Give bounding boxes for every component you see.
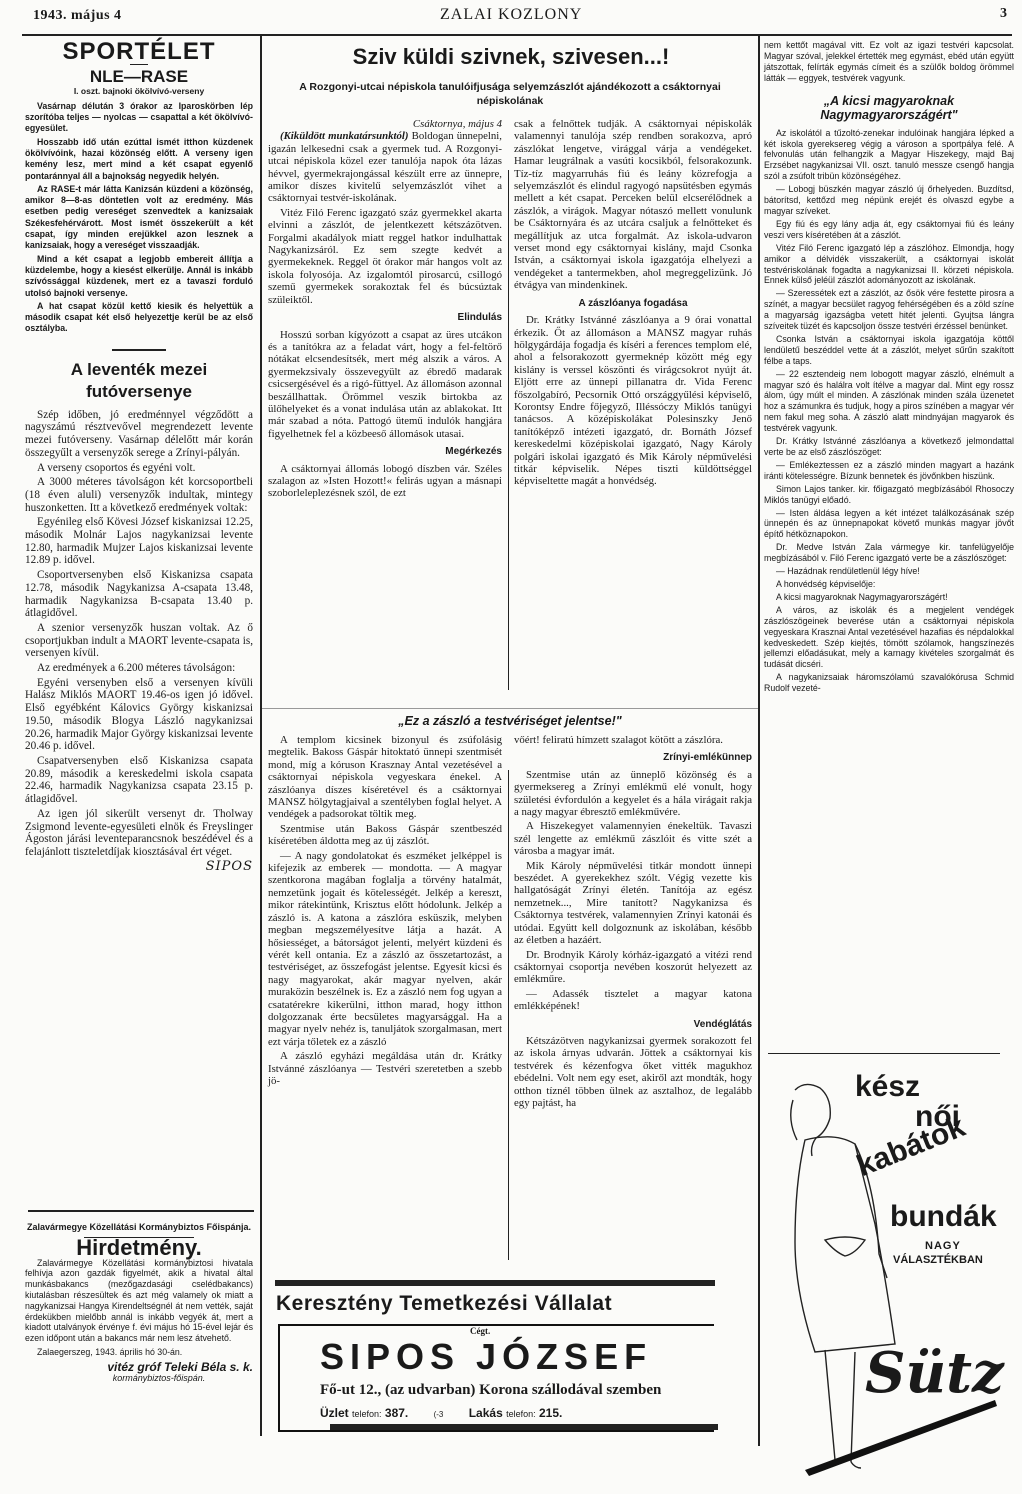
paragraph: Csapatversenyben első Kiskanizsa csapata…: [25, 755, 253, 806]
column-rule-2b: [508, 770, 509, 1260]
column-rule-2a: [508, 170, 509, 690]
author-signature: SIPOS: [25, 861, 253, 873]
paragraph: A hat csapat közül kettő kiesik és helye…: [25, 301, 253, 335]
masthead-rule: [22, 34, 1012, 36]
paragraph: Csonka István a csáktornyai iskola igazg…: [764, 334, 1014, 367]
paragraph: Dr. Medve István Zala vármegye kir. tanf…: [764, 542, 1014, 564]
feature-headline: Sziv küldi szivnek, szivesen...!: [268, 44, 754, 70]
paragraph: — Hazádnak rendületlenül légy híve!: [764, 566, 1014, 577]
paragraph: Szentmise után Bakoss Gáspár szentbeszéd…: [268, 823, 502, 848]
paragraph: — Isten áldása legyen a két intézet talá…: [764, 508, 1014, 541]
home-phone-number: 215.: [539, 1406, 562, 1420]
paragraph: A szenior versenyzők huszan voltak. Az ő…: [25, 622, 253, 660]
paragraph: A Hiszekegyet valamennyien énekeltük. Ta…: [514, 820, 752, 857]
paragraph: Az RASE-t már látta Kanizsán küzdeni a k…: [25, 184, 253, 252]
feature-column-2: csak a felnőttek tudják. A csáktornyai n…: [514, 118, 752, 488]
paragraph: Egy fiú és egy lány adja át, egy csáktor…: [764, 219, 1014, 241]
dateline: Csáktornya, május 4: [268, 118, 502, 130]
notice-body: Zalavármegye Közellátási kormánybiztosi …: [25, 1258, 253, 1344]
paragraph: Vitéz Filó Ferenc igazgató lép a zászlóh…: [764, 243, 1014, 287]
ad-text-kesz: kész: [855, 1070, 920, 1104]
page-number: 3: [1000, 6, 1007, 22]
ad-text-bundak: bundák: [890, 1200, 997, 1234]
newspaper-title: ZALAI KOZLONY: [440, 6, 582, 24]
article-subtitle: I. oszt. bajnoki ökölvívó-verseny: [25, 86, 253, 98]
paragraph: Az iskolától a tűzoltó-zenekar indulóina…: [764, 128, 1014, 183]
paragraph: A verseny csoportos és egyéni volt.: [25, 462, 253, 475]
notice-top-rule: [28, 1210, 254, 1212]
ad-company-name: Keresztény Temetkezési Vállalat: [276, 1292, 716, 1316]
paragraph: Hosszabb idő után ezúttal ismét itthon k…: [25, 137, 253, 182]
ad-top-bar: [275, 1280, 715, 1286]
ad-phones: Üzlet telefon: 387. (-3 Lakás telefon: 2…: [320, 1406, 720, 1420]
ad-text-valasztekban: VÁLASZTÉKBAN: [893, 1254, 983, 1266]
article-title: A leventék mezei futóversenye: [25, 359, 253, 403]
paragraph: — Emlékeztessen ez a zászló minden magya…: [764, 460, 1014, 482]
feature-column-2b: vőért! feliratú hímzett szalagot kötött …: [514, 734, 752, 1109]
article-title: NLE—RASE: [25, 71, 253, 83]
byline: (Kiküldött munkatársunktól): [280, 130, 409, 142]
paragraph: — Lobogj büszkén magyar zászló új őrhely…: [764, 184, 1014, 217]
paragraph: A 3000 méteres távolságon két korcsoport…: [25, 476, 253, 514]
issue-date: 1943. május 4: [33, 8, 122, 24]
paragraph: — Szeressétek ezt a zászlót, az ősök vér…: [764, 288, 1014, 332]
paragraph: Dr. Krátky Istvánné zászlóanya a követke…: [764, 436, 1014, 458]
feature-subheadline: A Rozgonyi-utcai népiskola tanulóifjuság…: [290, 80, 730, 108]
ad-text-nagy: NAGY: [925, 1240, 961, 1252]
paragraph: A templom kicsinek bizonyul és zsúfolási…: [268, 734, 502, 821]
paragraph: Mind a két csapat a legjobb embereit áll…: [25, 254, 253, 299]
paragraph: Szép időben, jó eredménnyel végződött a …: [25, 409, 253, 460]
section-title: SPORTÉLET: [25, 46, 253, 58]
phone-word: telefon:: [506, 1409, 536, 1419]
fashion-ad: kész női kabátok bundák NAGY VÁLASZTÉKBA…: [765, 1060, 1015, 1480]
ad-label: Cégt.: [470, 1326, 490, 1336]
paragraph: Dr. Brodnyik Károly kórház-igazgató a vi…: [514, 949, 752, 986]
paragraph: Csoportversenyben első Kiskanizsa csapat…: [25, 569, 253, 620]
feature-column-1: Csáktornya, május 4 (Kiküldött munkatárs…: [268, 118, 502, 500]
subhead-kicsi: „A kicsi magyaroknak Nagymagyarországért…: [764, 94, 1014, 122]
column-rule-1: [260, 36, 262, 1436]
paragraph: A nagykanizsaiak háromszólamú szavalókór…: [764, 672, 1014, 694]
paragraph: Mik Károly népművelési titkár mondott ün…: [514, 860, 752, 947]
feature-column-1b: A templom kicsinek bizonyul és zsúfolási…: [268, 734, 502, 1087]
paragraph: A zászló egyházi megáldása után dr. Krát…: [268, 1050, 502, 1087]
sport-column: SPORTÉLET NLE—RASE I. oszt. bajnoki ököl…: [25, 40, 253, 872]
paragraph: — Adassék tisztelet a magyar katona emlé…: [514, 988, 752, 1013]
paragraph: Kétszázötven nagykanizsai gyermek sorako…: [514, 1035, 752, 1109]
paragraph: Hosszú sorban kígyózott a csapat az üres…: [268, 329, 502, 441]
paragraph: A honvédség képviselője:: [764, 579, 1014, 590]
column-rule-3: [758, 36, 760, 1446]
subhead-elindulas: Elindulás: [268, 312, 502, 324]
ad-address: Fő-ut 12., (az udvarban) Korona szállodá…: [320, 1382, 720, 1399]
paragraph: Az eredmények a 6.200 méteres távolságon…: [25, 662, 253, 675]
paragraph: Egyénileg első Kövesi József kiskanizsai…: [25, 516, 253, 567]
notice-place-date: Zalaegerszeg, 1943. április hó 30-án.: [25, 1347, 253, 1358]
paragraph: csak a felnőttek tudják. A csáktornyai n…: [514, 118, 752, 292]
paragraph: Vasárnap délután 3 órakor az Iparoskörbe…: [25, 101, 253, 135]
banner-headline: „Ez a zászló a testvériséget jelentse!": [262, 714, 758, 728]
woman-in-coat-illustration: [765, 1060, 1015, 1480]
subhead-zaszloanya: A zászlóanya fogadása: [514, 298, 752, 310]
subhead-megerkezes: Megérkezés: [268, 446, 502, 458]
paragraph: — 22 esztendeig nem lobogott magyar zász…: [764, 369, 1014, 434]
subhead-vendeglatas: Vendéglátás: [514, 1019, 752, 1031]
notice-signer-title: kormánybiztos-főispán.: [25, 1373, 253, 1385]
subhead-zrinyi: Zrínyi-emlékünnep: [514, 752, 752, 764]
ad-ref: (-3: [434, 1410, 444, 1419]
paragraph: Szentmise után az ünneplő közönség és a …: [514, 769, 752, 819]
divider: [112, 349, 166, 351]
shop-phone-number: 387.: [385, 1406, 408, 1420]
paragraph: Vitéz Filó Ferenc igazgató száz gyermekk…: [268, 207, 502, 306]
ad-bottom-bar: [330, 1424, 718, 1430]
paragraph: vőért! feliratú hímzett szalagot kötött …: [514, 734, 752, 746]
paragraph: Dr. Krátky Istvánné zászlóanya a 9 órai …: [514, 314, 752, 488]
banner-rule: [262, 708, 758, 709]
ad-owner-name: SIPOS JÓZSEF: [320, 1336, 720, 1378]
ad-divider: [768, 1053, 1000, 1054]
paragraph: — A nagy gondolatokat és eszméket jelkép…: [268, 850, 502, 1049]
paragraph: Az igen jól sikerült versenyt dr. Tholwa…: [25, 808, 253, 859]
paragraph: A város, az iskolák és a megjelent vendé…: [764, 605, 1014, 670]
paragraph: Simon Lajos tanker. kir. főigazgató megb…: [764, 484, 1014, 506]
notice-title: Hirdetmény.: [25, 1242, 253, 1254]
feature-column-3: nem kettőt magával vitt. Ez volt az igaz…: [764, 40, 1014, 694]
paragraph: nem kettőt magával vitt. Ez volt az igaz…: [764, 40, 1014, 84]
paragraph: Egyéni versenyben első a versenyen kívül…: [25, 677, 253, 753]
notice-issuer: Zalavármegye Közellátási Kormánybiztos F…: [25, 1222, 253, 1233]
notice-block: Zalavármegye Közellátási Kormánybiztos F…: [25, 1222, 253, 1385]
shop-phone-label: Üzlet: [320, 1406, 349, 1420]
phone-word: telefon:: [352, 1409, 382, 1419]
paragraph: A csáktornyai állomás lobogó díszben vár…: [268, 463, 502, 500]
home-phone-label: Lakás: [469, 1406, 503, 1420]
notice-signer: vitéz gróf Teleki Béla s. k.: [25, 1362, 253, 1374]
paragraph: A kicsi magyaroknak Nagymagyarországért!: [764, 592, 1014, 603]
ad-brand-sutz: Sütz: [865, 1340, 1004, 1406]
